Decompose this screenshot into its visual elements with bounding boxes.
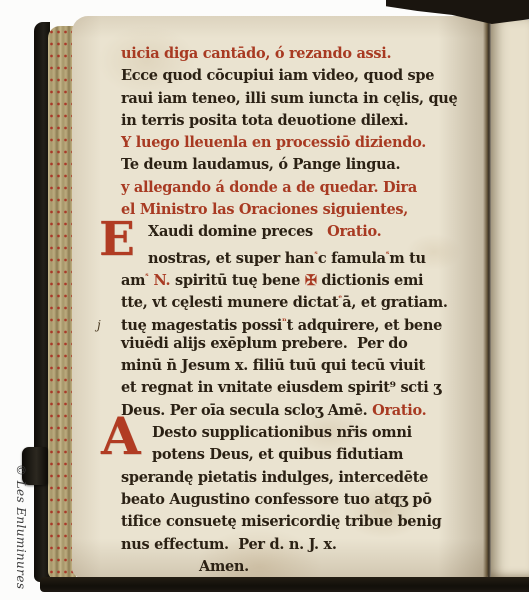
text-run: Desto supplicationibus nr̄is omni — [152, 424, 412, 441]
manuscript-line: beato Augustino confessore tuo atqʒ pō — [121, 489, 473, 511]
text-run: c famula — [318, 250, 386, 267]
manuscript-line: Ecce quod cōcupiui iam video, quod spe — [121, 65, 473, 87]
text-run: y allegando á donde a de quedar. Dira — [121, 179, 417, 196]
text-run: t adquirere, et bene — [287, 316, 442, 333]
text-run: Te deum laudamus, ó Pange lingua. — [121, 156, 400, 173]
manuscript-page: E A uicia diga cantādo, ó rezando assi.E… — [72, 16, 488, 578]
text-run: tte, vt cęlesti munere dictat — [121, 294, 338, 311]
manuscript-line: Te deum laudamus, ó Pange lingua. — [121, 154, 473, 176]
text-run: Deus. Per oīa secula scloʒ Amē. — [121, 402, 372, 419]
manuscript-line: tte, vt cęlesti munere dictatᵉā, et grat… — [121, 288, 473, 310]
manuscript-line: tifice consuetę misericordię tribue beni… — [121, 511, 473, 533]
text-run: viuēdi alijs exēplum prebere. Per do — [121, 335, 407, 352]
manuscript-line: Amen. — [121, 556, 473, 578]
text-run: N. — [153, 272, 170, 289]
manuscript-line: y allegando á donde a de quedar. Dira — [121, 177, 473, 199]
binding-bottom-edge — [40, 577, 529, 592]
text-run: tifice consuetę misericordię tribue beni… — [121, 513, 442, 530]
manuscript-line: Deus. Per oīa secula scloʒ Amē. Oratio. — [121, 400, 473, 422]
text-run: raui iam teneo, illi sum iuncta in cęlis… — [121, 90, 457, 107]
text-run: et regnat in vnitate eiusdem spirit⁹ sct… — [121, 379, 441, 396]
text-run: Oratio. — [372, 402, 426, 419]
manuscript-line: el Ministro las Oraciones siguientes, — [121, 199, 473, 221]
photo-credit: © Les Enluminures — [14, 464, 28, 589]
margin-note: j — [97, 314, 100, 336]
facing-page-sliver — [491, 20, 529, 578]
manuscript-line: potens Deus, et quibus fidutiam — [121, 444, 473, 466]
manuscript-line: nostras, et super hanˢc famulaˢm tu — [121, 244, 473, 266]
manuscript-line: uicia diga cantādo, ó rezando assi. — [121, 43, 473, 65]
text-run: nus effectum. Per d. n. J. x. — [121, 536, 337, 553]
text-run: Amen. — [199, 558, 249, 575]
manuscript-line: Xaudi domine preces Oratio. — [121, 221, 473, 243]
text-run: Xaudi domine preces — [148, 223, 327, 240]
manuscript-line: sperandę pietatis indulges, intercedēte — [121, 467, 473, 489]
text-run: uicia diga cantādo, ó rezando assi. — [121, 45, 391, 62]
manuscript-line: et regnat in vnitate eiusdem spirit⁹ sct… — [121, 377, 473, 399]
manuscript-line: Y luego lleuenla en processiō diziendo. — [121, 132, 473, 154]
text-run: ā, et gratiam. — [342, 294, 447, 311]
text-run: m tu — [389, 250, 425, 267]
manuscript-line: raui iam teneo, illi sum iuncta in cęlis… — [121, 88, 473, 110]
text-run: in terris posita tota deuotione dilexi. — [121, 112, 408, 129]
text-run: nostras, et super han — [148, 250, 314, 267]
manuscript-line: nus effectum. Per d. n. J. x. — [121, 534, 473, 556]
text-run: Y luego lleuenla en processiō diziendo. — [121, 134, 426, 151]
text-run: minū n̄ Jesum x. filiū tuū qui tecū viui… — [121, 357, 425, 374]
text-run: am — [121, 272, 145, 289]
text-run: sperandę pietatis indulges, intercedēte — [121, 469, 428, 486]
text-block: uicia diga cantādo, ó rezando assi.Ecce … — [121, 43, 473, 578]
text-run: dictionis emi — [317, 272, 424, 289]
text-run: Ecce quod cōcupiui iam video, quod spe — [121, 67, 434, 84]
text-run: Oratio. — [327, 223, 381, 240]
text-run: spiritū tuę bene — [170, 272, 305, 289]
text-run: el Ministro las Oraciones siguientes, — [121, 201, 408, 218]
manuscript-line: viuēdi alijs exēplum prebere. Per do — [121, 333, 473, 355]
text-run: potens Deus, et quibus fidutiam — [152, 446, 403, 463]
text-run: tuę magestatis possi — [121, 316, 282, 333]
manuscript-line: amˢ N. spiritū tuę bene ✠ dictionis emi — [121, 266, 473, 288]
manuscript-line: minū n̄ Jesum x. filiū tuū qui tecū viui… — [121, 355, 473, 377]
manuscript-photo: E A uicia diga cantādo, ó rezando assi.E… — [0, 0, 529, 600]
manuscript-line: in terris posita tota deuotione dilexi. — [121, 110, 473, 132]
text-run: beato Augustino confessore tuo atqʒ pō — [121, 491, 432, 508]
manuscript-line: jtuę magestatis possiⁿt adquirere, et be… — [121, 311, 473, 333]
manuscript-line: Desto supplicationibus nr̄is omni — [121, 422, 473, 444]
text-run: ✠ — [305, 272, 317, 289]
